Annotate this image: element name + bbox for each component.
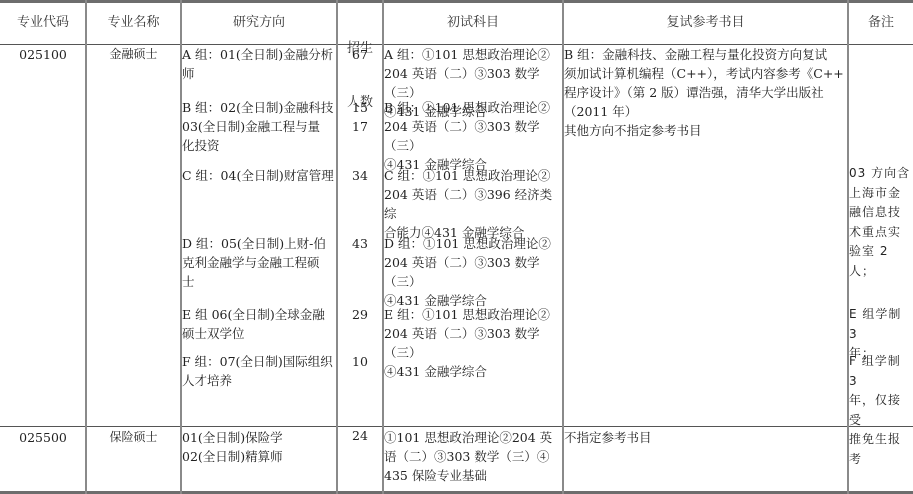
row-divider xyxy=(0,426,913,427)
header-remarks: 备注 xyxy=(849,13,913,32)
row2-retest-books: 不指定参考书目 xyxy=(564,428,848,447)
admissions-table: 专业代码 专业名称 研究方向 招生 人数 初试科目 复试参考书目 备注 0251… xyxy=(0,0,913,494)
prelim-group-e: E 组：①101 思想政治理论② 204 英语（二）③303 数学（三） ④43… xyxy=(384,305,562,381)
column-divider xyxy=(85,0,87,494)
enroll-group-c: 34 xyxy=(338,166,382,185)
direction-group-f: F 组：07(全日制)国际组织 人才培养 xyxy=(182,352,336,390)
row2-name: 保险硕士 xyxy=(87,428,180,447)
remark-03-lab: 03 方向含 上海市金 融信息技 术重点实 验室 2 人； xyxy=(849,164,913,281)
row1-name: 金融硕士 xyxy=(87,45,180,64)
enroll-group-a: 67 xyxy=(338,45,382,64)
row2-enroll: 24 xyxy=(338,426,382,445)
direction-group-a: A 组：01(全日制)金融分析 师 xyxy=(182,45,336,83)
header-prelim: 初试科目 xyxy=(384,13,562,32)
direction-group-d: D 组：05(全日制)上财-伯 克利金融学与金融工程硕 士 xyxy=(182,234,336,291)
enroll-group-f: 10 xyxy=(338,352,382,371)
direction-group-c: C 组：04(全日制)财富管理 xyxy=(182,166,336,185)
row2-code: 025500 xyxy=(0,428,86,447)
remark-group-f: F 组学制 3 年，仅接受 推免生报 考 xyxy=(849,352,913,469)
row2-direction: 01(全日制)保险学 02(全日制)精算师 xyxy=(182,428,336,466)
header-direction: 研究方向 xyxy=(182,13,336,32)
row2-prelim: ①101 思想政治理论②204 英 语（二）③303 数学（三）④ 435 保险… xyxy=(384,428,562,485)
header-code: 专业代码 xyxy=(0,13,86,32)
row1-code: 025100 xyxy=(0,45,86,64)
direction-group-b: B 组：02(全日制)金融科技 03(全日制)金融工程与量 化投资 xyxy=(182,98,336,155)
prelim-group-b: B 组：①101 思想政治理论② 204 英语（二）③303 数学（三） ④43… xyxy=(384,98,562,174)
retest-books-finance: B 组：金融科技、金融工程与量化投资方向复试 须加试计算机编程（C++），考试内… xyxy=(564,45,848,140)
enroll-group-d: 43 xyxy=(338,234,382,253)
prelim-group-c: C 组：①101 思想政治理论② 204 英语（二）③396 经济类综 合能力④… xyxy=(384,166,562,242)
enroll-group-e: 29 xyxy=(338,305,382,324)
prelim-group-d: D 组：①101 思想政治理论② 204 英语（二）③303 数学（三） ④43… xyxy=(384,234,562,310)
header-retest-books: 复试参考书目 xyxy=(564,13,847,32)
table-top-border xyxy=(0,0,913,3)
enroll-group-b: 15 17 xyxy=(338,98,382,136)
direction-group-e: E 组 06(全日制)全球金融 硕士双学位 xyxy=(182,305,336,343)
header-name: 专业名称 xyxy=(87,13,180,32)
